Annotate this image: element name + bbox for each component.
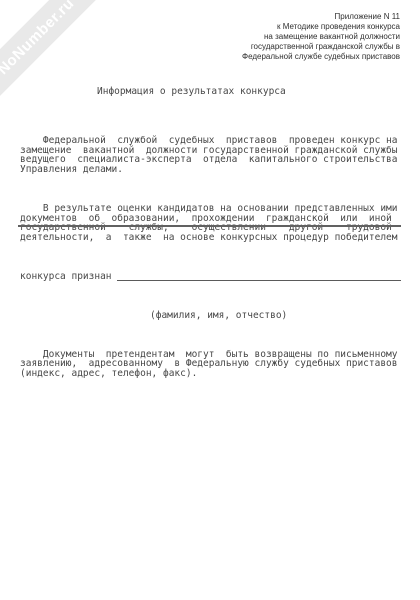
winner-name-blank-line xyxy=(117,272,401,281)
paragraph-competition-held: Федеральной службой судебных приставов п… xyxy=(20,136,401,175)
document-title: Информация о результатах конкурса xyxy=(20,87,401,97)
watermark-text: NoNumber.ru xyxy=(0,0,78,78)
appendix-header-line-4: государственной гражданской службы в xyxy=(242,42,400,52)
appendix-header-line-5: Федеральной службе судебных приставов xyxy=(242,52,400,62)
appendix-header-line-3: на замещение вакантной должности xyxy=(242,32,400,42)
appendix-header-line-1: Приложение N 11 xyxy=(242,12,400,22)
winner-blank-caption: (фамилия, имя, отчество) xyxy=(20,311,401,321)
document-page: NoNumber.ru Приложение N 11 к Методике п… xyxy=(0,0,420,600)
appendix-header-line-2: к Методике проведения конкурса xyxy=(242,22,400,32)
divider-line xyxy=(18,225,401,227)
appendix-header: Приложение N 11 к Методике проведения ко… xyxy=(242,12,400,62)
paragraph-documents-return: Документы претендентам могут быть возвра… xyxy=(20,350,401,379)
paragraph-evaluation-result: В результате оценки кандидатов на основа… xyxy=(20,204,401,243)
document-body: Информация о результатах конкурса Федера… xyxy=(20,68,401,398)
winner-blank-row: конкурса признан xyxy=(20,272,401,282)
winner-blank-label: конкурса признан xyxy=(20,272,117,282)
